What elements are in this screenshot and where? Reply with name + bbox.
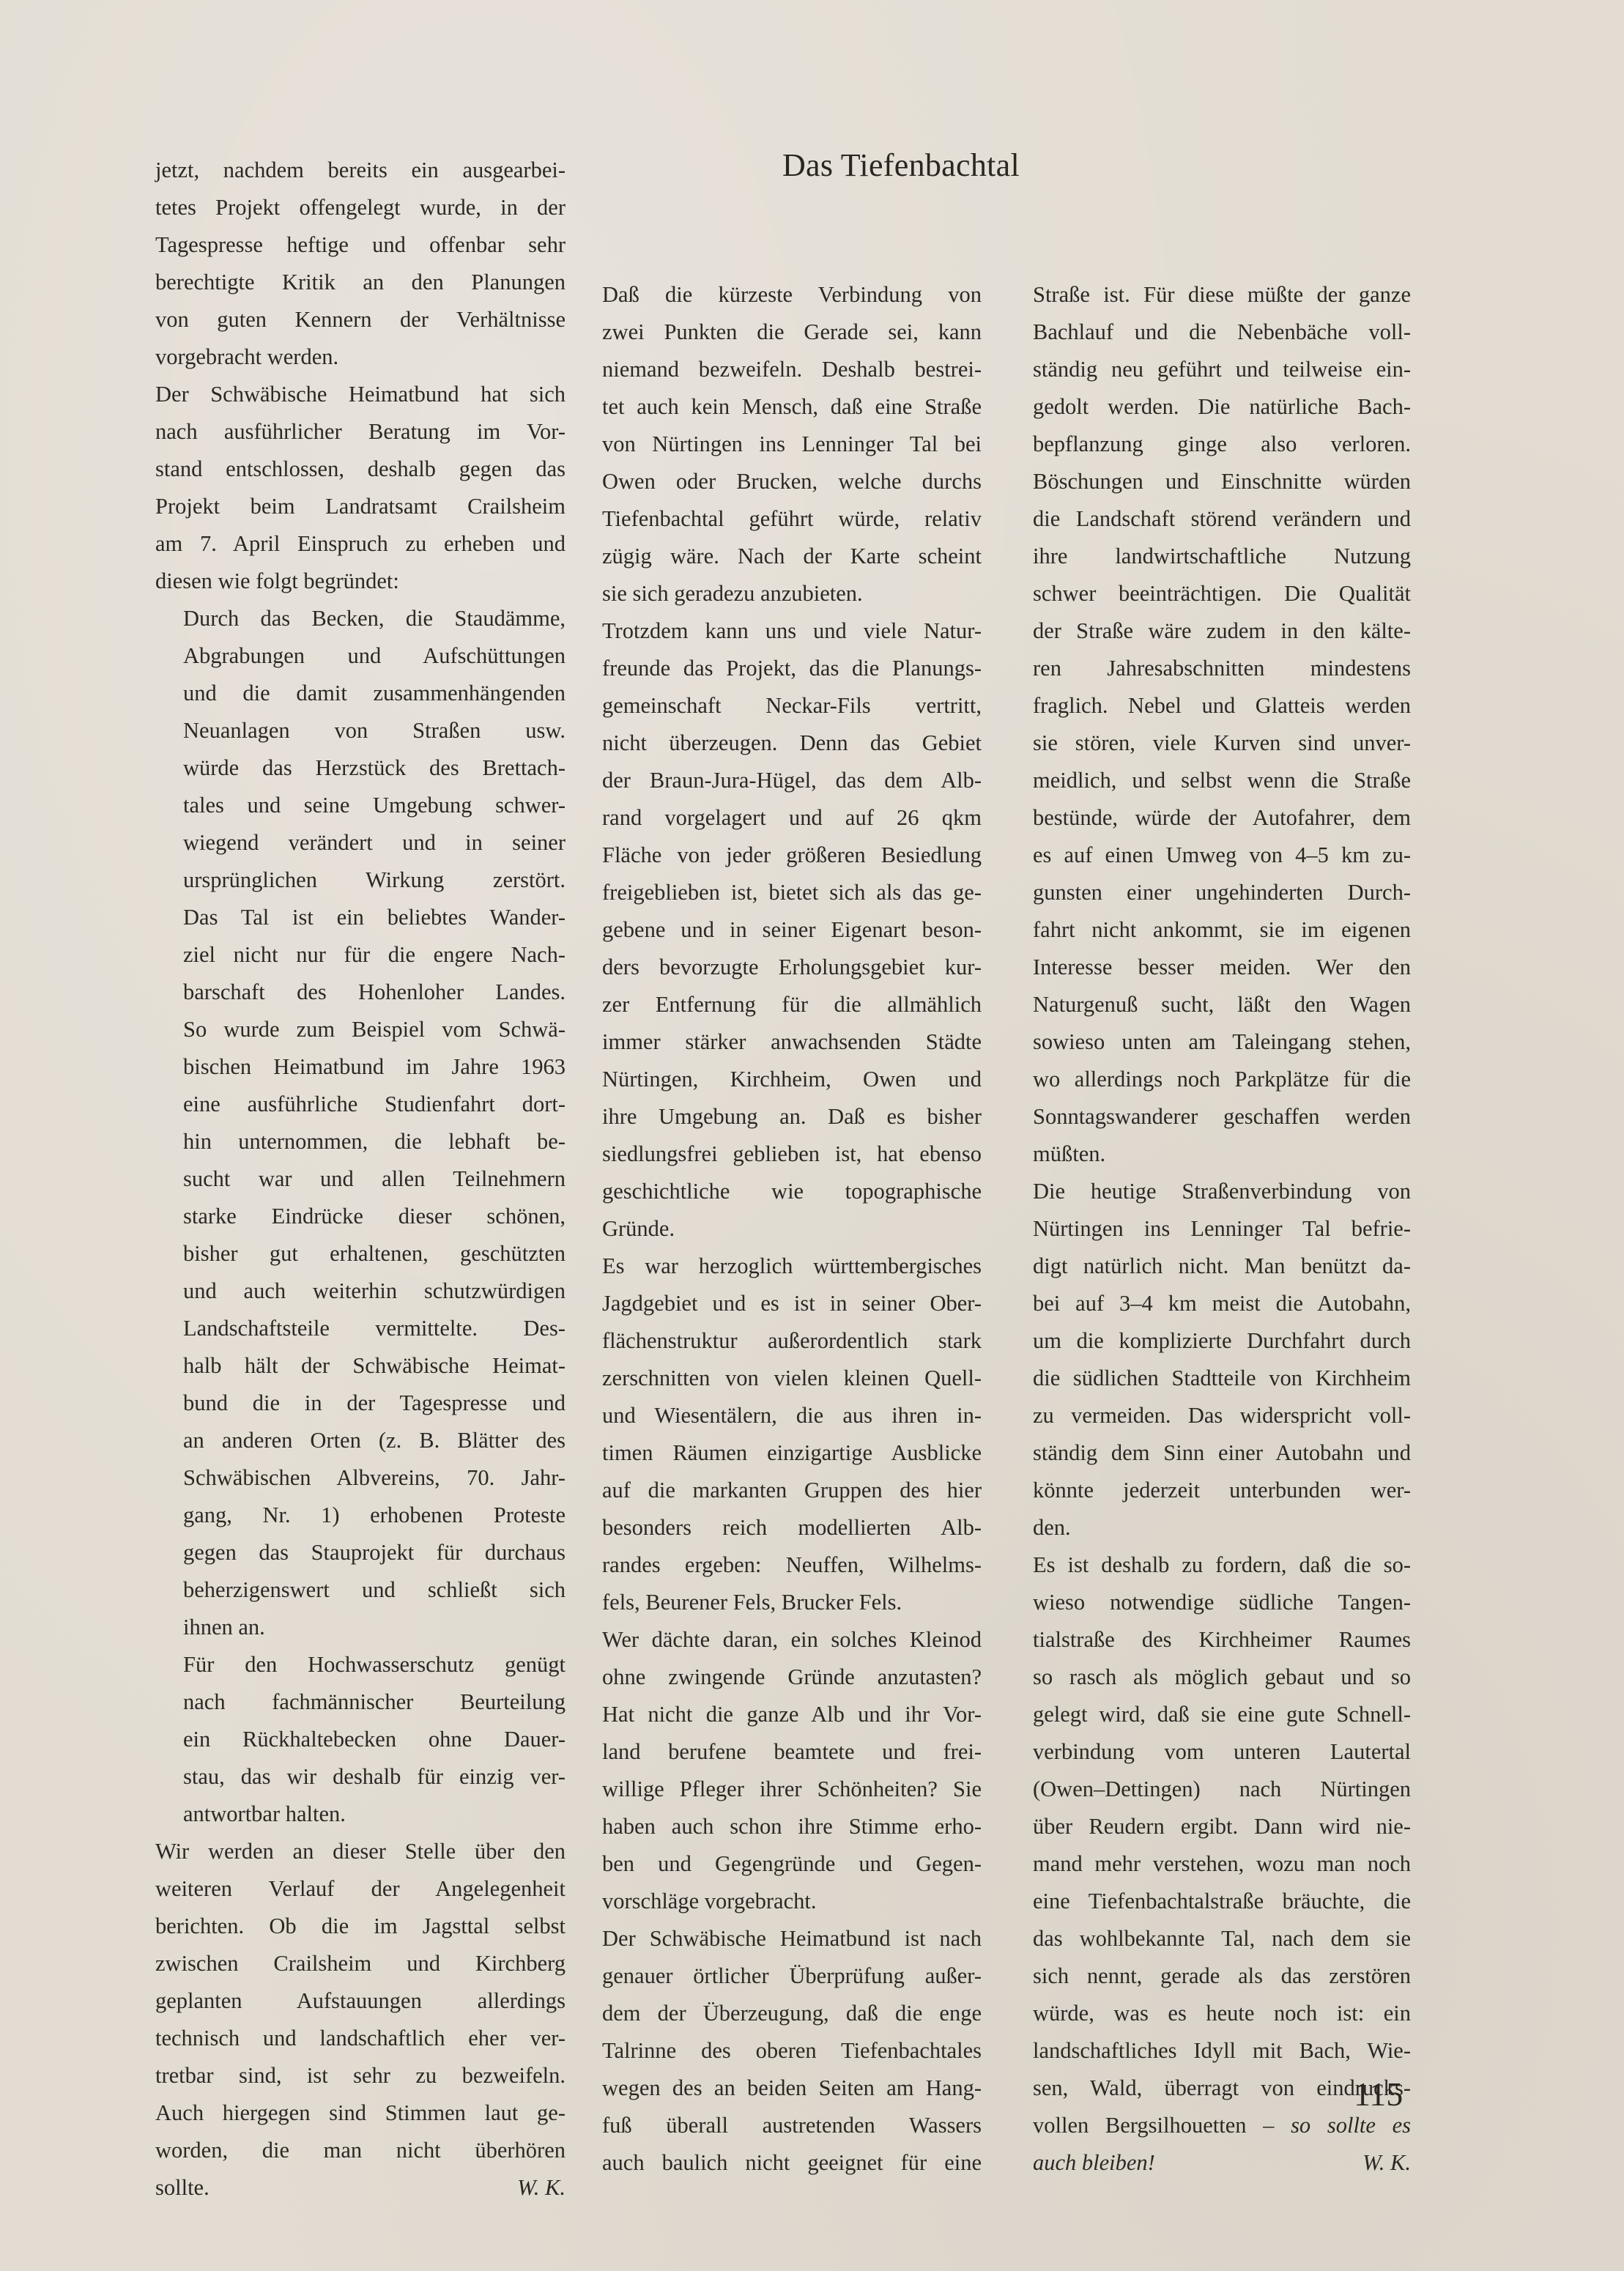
- text-line: tetes Projekt offengelegt wurde, in der: [155, 189, 566, 226]
- text-line: technisch und landschaftlich eher ver-: [155, 2020, 566, 2057]
- text-line: zügig wäre. Nach der Karte scheint: [602, 538, 982, 575]
- text-line: Der Schwäbische Heimatbund hat sich: [155, 376, 566, 413]
- column-3: Straße ist. Für diese müßte der ganzeBac…: [1033, 276, 1411, 2182]
- text-line: ders bevorzugte Erholungsgebiet kur-: [602, 949, 982, 986]
- text-line: nach ausführlicher Beratung im Vor-: [155, 413, 566, 451]
- text-line: sie stören, viele Kurven sind unver-: [1033, 725, 1411, 762]
- line-roman-part: vollen Bergsilhouetten –: [1033, 2113, 1291, 2138]
- text-line: eine Tiefenbachtalstraße bräuchte, die: [1033, 1883, 1411, 1920]
- text-line: genauer örtlicher Überprüfung außer-: [602, 1957, 982, 1995]
- text-line: starke Eindrücke dieser schönen,: [183, 1198, 566, 1235]
- text-line: zer Entfernung für die allmählich: [602, 986, 982, 1023]
- text-line: ständig neu geführt und teilweise ein-: [1033, 351, 1411, 388]
- closing-text: sollte.: [155, 2169, 210, 2207]
- text-line: freunde das Projekt, das die Planungs-: [602, 650, 982, 687]
- line-italic-part: so sollte es: [1291, 2113, 1411, 2138]
- text-line: timen Räumen einzigartige Ausblicke: [602, 1434, 982, 1472]
- text-line: ständig dem Sinn einer Autobahn und: [1033, 1434, 1411, 1472]
- text-line: tialstraße des Kirchheimer Raumes: [1033, 1621, 1411, 1659]
- text-line: flächenstruktur außerordentlich stark: [602, 1322, 982, 1360]
- text-line: der Braun-Jura-Hügel, das dem Alb-: [602, 762, 982, 799]
- text-line: von Nürtingen ins Lenninger Tal bei: [602, 426, 982, 463]
- text-line: verbindung vom unteren Lautertal: [1033, 1733, 1411, 1771]
- text-line: landschaftliches Idyll mit Bach, Wie-: [1033, 2032, 1411, 2070]
- text-line: Gründe.: [602, 1210, 982, 1248]
- paragraph: Trotzdem kann uns und viele Natur-freund…: [602, 612, 982, 1248]
- text-line: Owen oder Brucken, welche durchs: [602, 463, 982, 500]
- text-line: niemand bezweifeln. Deshalb bestrei-: [602, 351, 982, 388]
- text-line: so rasch als möglich gebaut und so: [1033, 1659, 1411, 1696]
- text-line: gedolt werden. Die natürliche Bach-: [1033, 388, 1411, 426]
- text-line: Schwäbischen Albvereins, 70. Jahr-: [183, 1459, 566, 1497]
- text-line: Fläche von jeder größeren Besiedlung: [602, 837, 982, 874]
- text-line: um die komplizierte Durchfahrt durch: [1033, 1322, 1411, 1360]
- text-line: fraglich. Nebel und Glatteis werden: [1033, 687, 1411, 725]
- text-line: gang, Nr. 1) erhobenen Proteste: [183, 1497, 566, 1534]
- text-line: weiteren Verlauf der Angelegenheit: [155, 1870, 566, 1908]
- paragraph: Es war herzoglich württembergischesJagdg…: [602, 1248, 982, 1621]
- text-line: Für den Hochwasserschutz genügt: [183, 1646, 566, 1683]
- text-line: jetzt, nachdem bereits ein ausgearbei-: [155, 152, 566, 189]
- text-line: gelegt wird, daß sie eine gute Schnell-: [1033, 1696, 1411, 1733]
- text-line: die Landschaft störend verändern und: [1033, 500, 1411, 538]
- text-line: eine ausführliche Studienfahrt dort-: [183, 1086, 566, 1123]
- text-line: Der Schwäbische Heimatbund ist nach: [602, 1920, 982, 1957]
- text-line: Straße ist. Für diese müßte der ganze: [1033, 276, 1411, 314]
- text-line: sie sich geradezu anzubieten.: [602, 575, 982, 612]
- text-line: und Wiesentälern, die aus ihren in-: [602, 1397, 982, 1434]
- text-line: ben und Gegengründe und Gegen-: [602, 1845, 982, 1883]
- text-line: stau, das wir deshalb für einzig ver-: [183, 1758, 566, 1796]
- text-line: tretbar sind, ist sehr zu bezweifeln.: [155, 2057, 566, 2094]
- text-line: auch baulich nicht geeignet für eine: [602, 2144, 982, 2182]
- author-signature: W. K.: [517, 2169, 566, 2207]
- text-line: meidlich, und selbst wenn die Straße: [1033, 762, 1411, 799]
- text-line: immer stärker anwachsenden Städte: [602, 1023, 982, 1061]
- column-2: Daß die kürzeste Verbindung vonzwei Punk…: [602, 276, 982, 2182]
- text-line: Die heutige Straßenverbindung von: [1033, 1173, 1411, 1210]
- text-line: vorschläge vorgebracht.: [602, 1883, 982, 1920]
- text-line: sowieso unten am Taleingang stehen,: [1033, 1023, 1411, 1061]
- text-line: bei auf 3–4 km meist die Autobahn,: [1033, 1285, 1411, 1322]
- text-line: tales und seine Umgebung schwer-: [183, 787, 566, 824]
- text-line: würde das Herzstück des Brettach-: [183, 749, 566, 787]
- text-line: fuß überall austretenden Wassers: [602, 2107, 982, 2144]
- text-line: Landschaftsteile vermittelte. Des-: [183, 1310, 566, 1347]
- text-line: So wurde zum Beispiel vom Schwä-: [183, 1011, 566, 1048]
- text-line: zwischen Crailsheim und Kirchberg: [155, 1945, 566, 1982]
- text-line: Neuanlagen von Straßen usw.: [183, 712, 566, 749]
- text-line: es auf einen Umweg von 4–5 km zu-: [1033, 837, 1411, 874]
- text-line: Tagespresse heftige und offenbar sehr: [155, 226, 566, 264]
- text-line: Interesse besser meiden. Wer den: [1033, 949, 1411, 986]
- article-title: Das Tiefenbachtal: [747, 147, 1055, 184]
- text-line: Es war herzoglich württembergisches: [602, 1248, 982, 1285]
- text-line: und auch weiterhin schutzwürdigen: [183, 1272, 566, 1310]
- text-line: Es ist deshalb zu fordern, daß die so-: [1033, 1546, 1411, 1584]
- text-line: land berufene beamtete und frei-: [602, 1733, 982, 1771]
- text-line: den.: [1033, 1509, 1411, 1546]
- text-line: Abgrabungen und Aufschüttungen: [183, 637, 566, 675]
- text-line: bisher gut erhaltenen, geschützten: [183, 1235, 566, 1272]
- text-line: die südlichen Stadtteile von Kirchheim: [1033, 1360, 1411, 1397]
- text-line: wo allerdings noch Parkplätze für die: [1033, 1061, 1411, 1098]
- text-line: Durch das Becken, die Staudämme,: [183, 600, 566, 637]
- text-line: ziel nicht nur für die engere Nach-: [183, 936, 566, 974]
- text-line: der Straße wäre zudem in den kälte-: [1033, 612, 1411, 650]
- text-line: (Owen–Dettingen) nach Nürtingen: [1033, 1771, 1411, 1808]
- text-line: dem der Überzeugung, daß die enge: [602, 1995, 982, 2032]
- text-line: Sonntagswanderer geschaffen werden: [1033, 1098, 1411, 1135]
- text-line: Tiefenbachtal geführt würde, relativ: [602, 500, 982, 538]
- text-line: tet auch kein Mensch, daß eine Straße: [602, 388, 982, 426]
- text-line: und die damit zusammenhängenden: [183, 675, 566, 712]
- text-line: freigeblieben ist, bietet sich als das g…: [602, 874, 982, 911]
- paragraph: Die heutige Straßenverbindung vonNürting…: [1033, 1173, 1411, 1546]
- text-line: Nürtingen ins Lenninger Tal befrie-: [1033, 1210, 1411, 1248]
- text-line: bund die in der Tagespresse und: [183, 1385, 566, 1422]
- text-line: Hat nicht die ganze Alb und ihr Vor-: [602, 1696, 982, 1733]
- paragraph: Es ist deshalb zu fordern, daß die so-wi…: [1033, 1546, 1411, 2107]
- text-line: zerschnitten von vielen kleinen Quell-: [602, 1360, 982, 1397]
- text-line: Naturgenuß sucht, läßt den Wagen: [1033, 986, 1411, 1023]
- text-line: mand mehr verstehen, wozu man noch: [1033, 1845, 1411, 1883]
- text-line: berichten. Ob die im Jagsttal selbst: [155, 1908, 566, 1945]
- text-line: zu vermeiden. Das widerspricht voll-: [1033, 1397, 1411, 1434]
- text-line: worden, die man nicht überhören: [155, 2132, 566, 2169]
- text-line: über Reudern ergibt. Dann wird nie-: [1033, 1808, 1411, 1845]
- text-line: wegen des an beiden Seiten am Hang-: [602, 2070, 982, 2107]
- text-line: von guten Kennern der Verhältnisse: [155, 301, 566, 338]
- text-line: Trotzdem kann uns und viele Natur-: [602, 612, 982, 650]
- text-line: an anderen Orten (z. B. Blätter des: [183, 1422, 566, 1459]
- text-line: bepflanzung ginge also verloren.: [1033, 426, 1411, 463]
- text-line: haben auch schon ihre Stimme erho-: [602, 1808, 982, 1845]
- text-line: sich nennt, gerade als das zerstören: [1033, 1957, 1411, 1995]
- text-line: willige Pfleger ihrer Schönheiten? Sie: [602, 1771, 982, 1808]
- text-line: ursprünglichen Wirkung zerstört.: [183, 862, 566, 899]
- text-line: würde, was es heute noch ist: ein: [1033, 1995, 1411, 2032]
- text-line: antwortbar halten.: [183, 1796, 566, 1833]
- text-line: Auch hiergegen sind Stimmen laut ge-: [155, 2094, 566, 2132]
- text-line: Nürtingen, Kirchheim, Owen und: [602, 1061, 982, 1098]
- text-line: ihnen an.: [183, 1609, 566, 1646]
- paragraph: Wer dächte daran, ein solches Kleinodohn…: [602, 1621, 982, 1920]
- text-line: rand vorgelagert und auf 26 qkm: [602, 799, 982, 837]
- text-line: halb hält der Schwäbische Heimat-: [183, 1347, 566, 1385]
- quoted-objection-flood: Für den Hochwasserschutz genügtnach fach…: [183, 1646, 566, 1833]
- text-line: ren Jahresabschnitten mindestens: [1033, 650, 1411, 687]
- text-line: ohne zwingende Gründe anzutasten?: [602, 1659, 982, 1696]
- text-line: fels, Beurener Fels, Brucker Fels.: [602, 1584, 982, 1621]
- closing-line: sollte. W. K.: [155, 2169, 566, 2207]
- text-line: gunsten einer ungehinderten Durch-: [1033, 874, 1411, 911]
- text-line: Daß die kürzeste Verbindung von: [602, 276, 982, 314]
- page-number: 115: [1354, 2075, 1403, 2113]
- text-line: gebene und in seiner Eigenart beson-: [602, 911, 982, 949]
- text-line: könnte jederzeit unterbunden wer-: [1033, 1472, 1411, 1509]
- text-line: ihre landwirtschaftliche Nutzung: [1033, 538, 1411, 575]
- text-line: Wir werden an dieser Stelle über den: [155, 1833, 566, 1870]
- column-1: jetzt, nachdem bereits ein ausgearbei-te…: [155, 152, 566, 2207]
- text-line: stand entschlossen, deshalb gegen das: [155, 451, 566, 488]
- text-line: bestünde, würde der Autofahrer, dem: [1033, 799, 1411, 837]
- text-line: geplanten Aufstauungen allerdings: [155, 1982, 566, 2020]
- text-line: geschichtliche wie topographische: [602, 1173, 982, 1210]
- paragraph: Der Schwäbische Heimatbund hat sichnach …: [155, 376, 566, 600]
- paragraph: Der Schwäbische Heimatbund ist nachgenau…: [602, 1920, 982, 2182]
- text-line: gegen das Stauprojekt für durchaus: [183, 1534, 566, 1571]
- text-line: digt natürlich nicht. Man benützt da-: [1033, 1248, 1411, 1285]
- text-line: Projekt beim Landratsamt Crailsheim: [155, 488, 566, 525]
- text-line: Talrinne des oberen Tiefenbachtales: [602, 2032, 982, 2070]
- text-line: wieso notwendige südliche Tangen-: [1033, 1584, 1411, 1621]
- paragraph: Daß die kürzeste Verbindung vonzwei Punk…: [602, 276, 982, 612]
- text-line: schwer beeinträchtigen. Die Qualität: [1033, 575, 1411, 612]
- paragraph: Wir werden an dieser Stelle über denweit…: [155, 1833, 566, 2169]
- text-line: fahrt nicht ankommt, sie im eigenen: [1033, 911, 1411, 949]
- text-line: Das Tal ist ein beliebtes Wander-: [183, 899, 566, 936]
- text-line: Bachlauf und die Nebenbäche voll-: [1033, 314, 1411, 351]
- text-line: wiegend verändert und in seiner: [183, 824, 566, 862]
- paragraph: jetzt, nachdem bereits ein ausgearbei-te…: [155, 152, 566, 376]
- text-line: auf die markanten Gruppen des hier: [602, 1472, 982, 1509]
- text-line: nicht überzeugen. Denn das Gebiet: [602, 725, 982, 762]
- text-line: sucht war und allen Teilnehmern: [183, 1160, 566, 1198]
- text-line: gemeinschaft Neckar-Fils vertritt,: [602, 687, 982, 725]
- text-line: müßten.: [1033, 1135, 1411, 1173]
- text-line: ein Rückhaltebecken ohne Dauer-: [183, 1721, 566, 1758]
- text-line: nach fachmännischer Beurteilung: [183, 1683, 566, 1721]
- text-line: barschaft des Hohenloher Landes.: [183, 974, 566, 1011]
- text-line: vorgebracht werden.: [155, 338, 566, 376]
- text-line: beherzigenswert und schließt sich: [183, 1571, 566, 1609]
- text-line: Wer dächte daran, ein solches Kleinod: [602, 1621, 982, 1659]
- author-signature: W. K.: [1362, 2144, 1411, 2182]
- text-line: zwei Punkten die Gerade sei, kann: [602, 314, 982, 351]
- text-line: ihre Umgebung an. Daß es bisher: [602, 1098, 982, 1135]
- text-line: bischen Heimatbund im Jahre 1963: [183, 1048, 566, 1086]
- closing-line: auch bleiben! W. K.: [1033, 2144, 1411, 2182]
- text-line: diesen wie folgt begründet:: [155, 563, 566, 600]
- text-line: berechtigte Kritik an den Planungen: [155, 264, 566, 301]
- text-line: Jagdgebiet und es ist in seiner Ober-: [602, 1285, 982, 1322]
- text-line: besonders reich modellierten Alb-: [602, 1509, 982, 1546]
- paragraph: Straße ist. Für diese müßte der ganzeBac…: [1033, 276, 1411, 1173]
- text-line: siedlungsfrei geblieben ist, hat ebenso: [602, 1135, 982, 1173]
- text-line: hin unternommen, die lebhaft be-: [183, 1123, 566, 1160]
- text-line: randes ergeben: Neuffen, Wilhelms-: [602, 1546, 982, 1584]
- text-line: das wohlbekannte Tal, nach dem sie: [1033, 1920, 1411, 1957]
- text-line: am 7. April Einspruch zu erheben und: [155, 525, 566, 563]
- closing-italic-text: auch bleiben!: [1033, 2144, 1155, 2182]
- text-line: Böschungen und Einschnitte würden: [1033, 463, 1411, 500]
- quoted-objection: Durch das Becken, die Staudämme,Abgrabun…: [183, 600, 566, 1646]
